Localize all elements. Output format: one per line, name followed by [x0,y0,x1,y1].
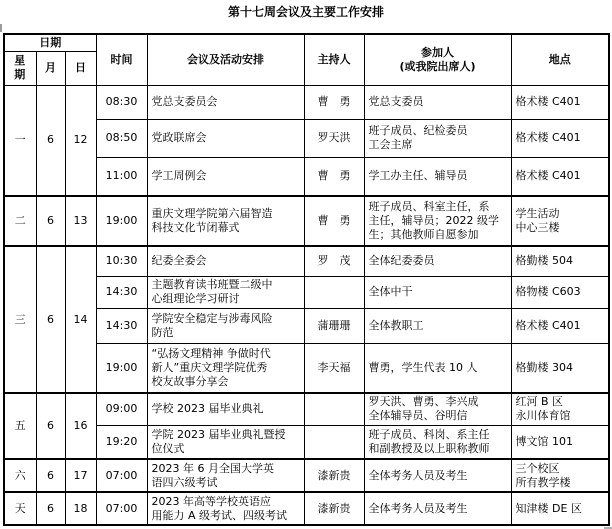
event-cell: 学校 2023 届毕业典礼 [147,393,304,425]
participants-cell: 全体考务人员及考生 [364,492,511,525]
header-date-group: 日期 [4,34,96,51]
day-cell: 16 [65,393,96,459]
time-cell: 07:00 [96,492,147,525]
table-row: 三61410:30纪委全委会罗 茂全体纪委委员格勤楼 504 [4,246,609,276]
host-cell [304,276,364,308]
host-cell [304,425,364,459]
host-cell: 蒲珊珊 [304,308,364,343]
header-location: 地点 [511,34,609,85]
host-cell: 曹 勇 [304,85,364,119]
day-cell: 17 [65,459,96,492]
corner-mark [0,24,2,32]
time-cell: 14:30 [96,276,147,308]
event-cell: 党总支委员会 [147,85,304,119]
host-cell: 漆新贵 [304,492,364,525]
time-cell: 10:30 [96,246,147,276]
host-cell: 罗天洪 [304,119,364,157]
header-event: 会议及活动安排 [147,34,304,85]
event-cell: 党政联席会 [147,119,304,157]
time-cell: 19:20 [96,425,147,459]
participants-cell: 班子成员、纪检委员 工会主席 [364,119,511,157]
event-cell: 纪委全委会 [147,246,304,276]
participants-cell: 曹勇，学生代表 10 人 [364,343,511,393]
event-cell: 学工周例会 [147,157,304,196]
table-row: 五61609:00学校 2023 届毕业典礼罗天洪、曹勇、李兴成 全体辅导员、谷… [4,393,609,425]
time-cell: 14:30 [96,308,147,343]
host-cell: 漆新贵 [304,459,364,492]
header-month: 月 [36,51,65,85]
participants-cell: 全体教职工 [364,308,511,343]
weekday-cell: 五 [4,393,36,459]
table-row: 一61208:30党总支委员会曹 勇党总支委员格术楼 C401 [4,85,609,119]
weekday-cell: 天 [4,492,36,525]
event-cell: 主题教育读书班暨二级中 心组理论学习研讨 [147,276,304,308]
participants-cell: 党总支委员 [364,85,511,119]
weekday-cell: 三 [4,246,36,393]
participants-cell: 罗天洪、曹勇、李兴成 全体辅导员、谷明信 [364,393,511,425]
time-cell: 08:50 [96,119,147,157]
time-cell: 07:00 [96,459,147,492]
host-cell [304,393,364,425]
time-cell: 19:00 [96,343,147,393]
header-day: 日 [65,51,96,85]
header-participants-line1: 参加人 [369,46,507,60]
month-cell: 6 [36,459,65,492]
time-cell: 19:00 [96,196,147,246]
day-cell: 13 [65,196,96,246]
event-cell: 学院安全稳定与涉毒风险 防范 [147,308,304,343]
weekday-cell: 六 [4,459,36,492]
table-row: 六61707:002023 年 6 月全国大学英 语四六级考试漆新贵全体考务人员… [4,459,609,492]
month-cell: 6 [36,246,65,393]
location-cell: 格勤楼 504 [511,246,609,276]
table-row: 二61319:00重庆文理学院第六届智造 科技文化节闭幕式曹 勇班子成员、科室主… [4,196,609,246]
host-cell: 曹 勇 [304,196,364,246]
location-cell: 学生活动 中心三楼 [511,196,609,246]
location-cell: 格勤楼 304 [511,343,609,393]
time-cell: 09:00 [96,393,147,425]
location-cell: 格术楼 C401 [511,157,609,196]
day-cell: 14 [65,246,96,393]
document-title: 第十七周会议及主要工作安排 [0,3,612,20]
table-row: 天61807:002023 年高等学校英语应 用能力 A 级考试、四级考试漆新贵… [4,492,609,525]
host-cell: 罗 茂 [304,246,364,276]
weekday-cell: 一 [4,85,36,196]
location-cell: 格术楼 C401 [511,85,609,119]
location-cell: 格物楼 C603 [511,276,609,308]
header-participants-line2: (或我院出席人) [369,60,507,74]
event-cell: 重庆文理学院第六届智造 科技文化节闭幕式 [147,196,304,246]
header-weekday: 星期 [4,51,36,85]
participants-cell: 全体纪委委员 [364,246,511,276]
schedule-table: 日期 时间 会议及活动安排 主持人 参加人 (或我院出席人) 地点 星期 月 日… [3,33,610,526]
event-cell: 2023 年高等学校英语应 用能力 A 级考试、四级考试 [147,492,304,525]
participants-cell: 全体考务人员及考生 [364,459,511,492]
event-cell: 2023 年 6 月全国大学英 语四六级考试 [147,459,304,492]
header-host: 主持人 [304,34,364,85]
location-cell: 格术楼 C401 [511,308,609,343]
time-cell: 08:30 [96,85,147,119]
participants-cell: 全体中干 [364,276,511,308]
event-cell: “弘扬文理精神 争做时代 新人”重庆文理学院优秀 校友故事分享会 [147,343,304,393]
location-cell: 知津楼 DE 区 [511,492,609,525]
day-cell: 18 [65,492,96,525]
day-cell: 12 [65,85,96,196]
month-cell: 6 [36,393,65,459]
month-cell: 6 [36,196,65,246]
host-cell: 李天福 [304,343,364,393]
month-cell: 6 [36,492,65,525]
schedule-body: 一61208:30党总支委员会曹 勇党总支委员格术楼 C40108:50党政联席… [4,85,609,525]
time-cell: 11:00 [96,157,147,196]
participants-cell: 班子成员、科室主任，系 主任，辅导员；2022 级学 生；其他教师自愿参加 [364,196,511,246]
location-cell: 博文馆 101 [511,425,609,459]
header-participants: 参加人 (或我院出席人) [364,34,511,85]
participants-cell: 班子成员、科岗、系主任 和副教授及以上职称教师 [364,425,511,459]
participants-cell: 学工办主任、辅导员 [364,157,511,196]
location-cell: 格术楼 C401 [511,119,609,157]
event-cell: 学院 2023 届毕业典礼暨授 位仪式 [147,425,304,459]
header-weekday-text: 星期 [14,54,26,82]
month-cell: 6 [36,85,65,196]
header-time: 时间 [96,34,147,85]
location-cell: 红河 B 区 永川体育馆 [511,393,609,425]
host-cell: 曹 勇 [304,157,364,196]
location-cell: 三个校区 所有教学楼 [511,459,609,492]
weekday-cell: 二 [4,196,36,246]
